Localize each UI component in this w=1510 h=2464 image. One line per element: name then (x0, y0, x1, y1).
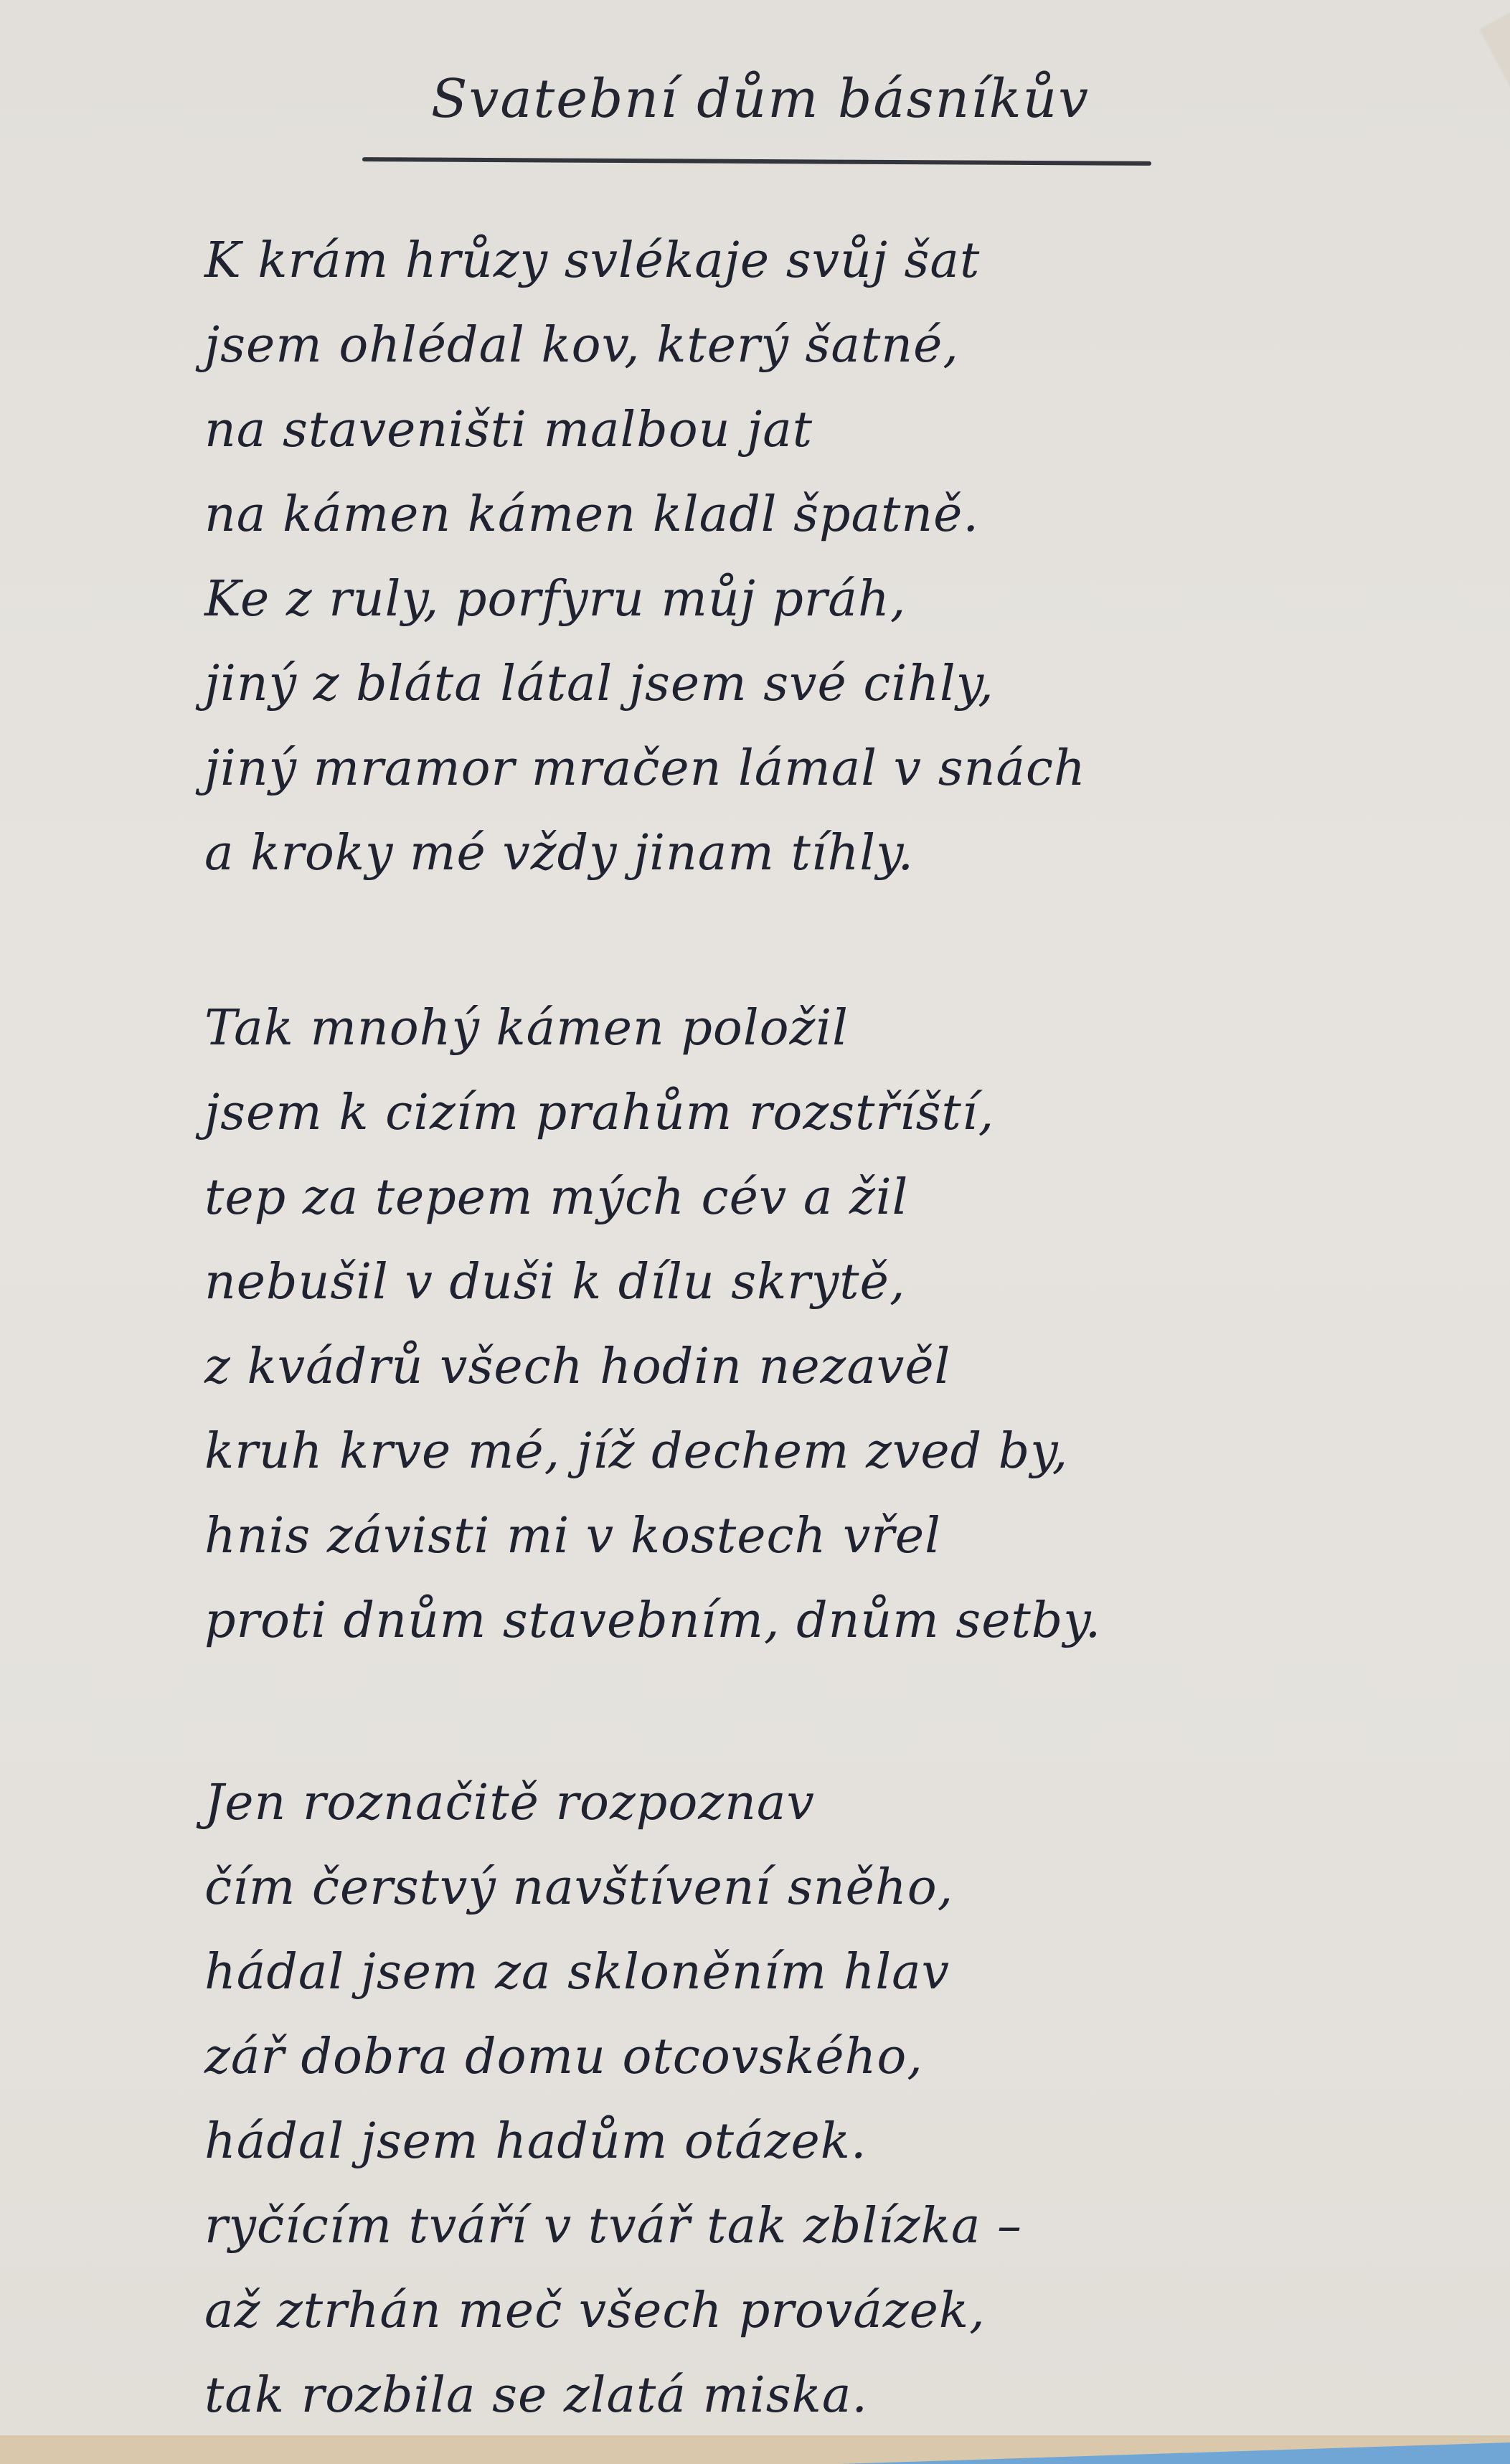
poem-line: Jen roznačitě rozpoznav (204, 1761, 1352, 1846)
poem-line: na kámen kámen kladl špatně. (204, 473, 1352, 557)
poem-line: proti dnům stavebním, dnům setby. (204, 1579, 1352, 1663)
poem-line: z kvádrů všech hodin nezavěl (204, 1325, 1352, 1410)
poem-line: hádal jsem hadům otázek. (204, 2100, 1352, 2184)
poem-line: ryčícím tváří v tvář tak zblízka – (204, 2184, 1352, 2269)
poem-line: hnis závisti mi v kostech vřel (204, 1494, 1352, 1579)
poem-line: jsem k cizím prahům rozstříští, (204, 1071, 1352, 1156)
poem-line: hádal jsem za skloněním hlav (204, 1930, 1352, 2015)
poem-line: až ztrhán meč všech provázek, (204, 2269, 1352, 2354)
poem-line: nebušil v duši k dílu skrytě, (204, 1240, 1352, 1325)
poem-line: zář dobra domu otcovského, (204, 2015, 1352, 2100)
poem-line: K krám hrůzy svlékaje svůj šat (204, 219, 1352, 303)
poem-line: tep za tepem mých cév a žil (204, 1156, 1352, 1240)
poem-line: kruh krve mé, jíž dechem zved by, (204, 1410, 1352, 1494)
poem-line: jsem ohlédal kov, který šatné, (204, 303, 1352, 388)
poem-line: na staveništi malbou jat (204, 388, 1352, 473)
stanza-3: Jen roznačitě rozpoznav čím čerstvý navš… (204, 1761, 1352, 2438)
poem-line: Tak mnohý kámen položil (204, 986, 1352, 1071)
poem-line: jiný mramor mračen lámal v snách (204, 727, 1352, 811)
stanza-2: Tak mnohý kámen položil jsem k cizím pra… (204, 986, 1352, 1663)
stanza-1: K krám hrůzy svlékaje svůj šat jsem ohlé… (204, 219, 1352, 896)
poem-line: jiný z bláta látal jsem své cihly, (204, 642, 1352, 727)
poem-line: Ke z ruly, porfyru můj práh, (204, 557, 1352, 642)
poem-line: čím čerstvý navštívení sněho, (204, 1846, 1352, 1930)
poem-line: tak rozbila se zlatá miska. (204, 2354, 1352, 2438)
poem-line: a kroky mé vždy jinam tíhly. (204, 811, 1352, 896)
poem-title: Svatební dům básníkův (366, 68, 1155, 130)
